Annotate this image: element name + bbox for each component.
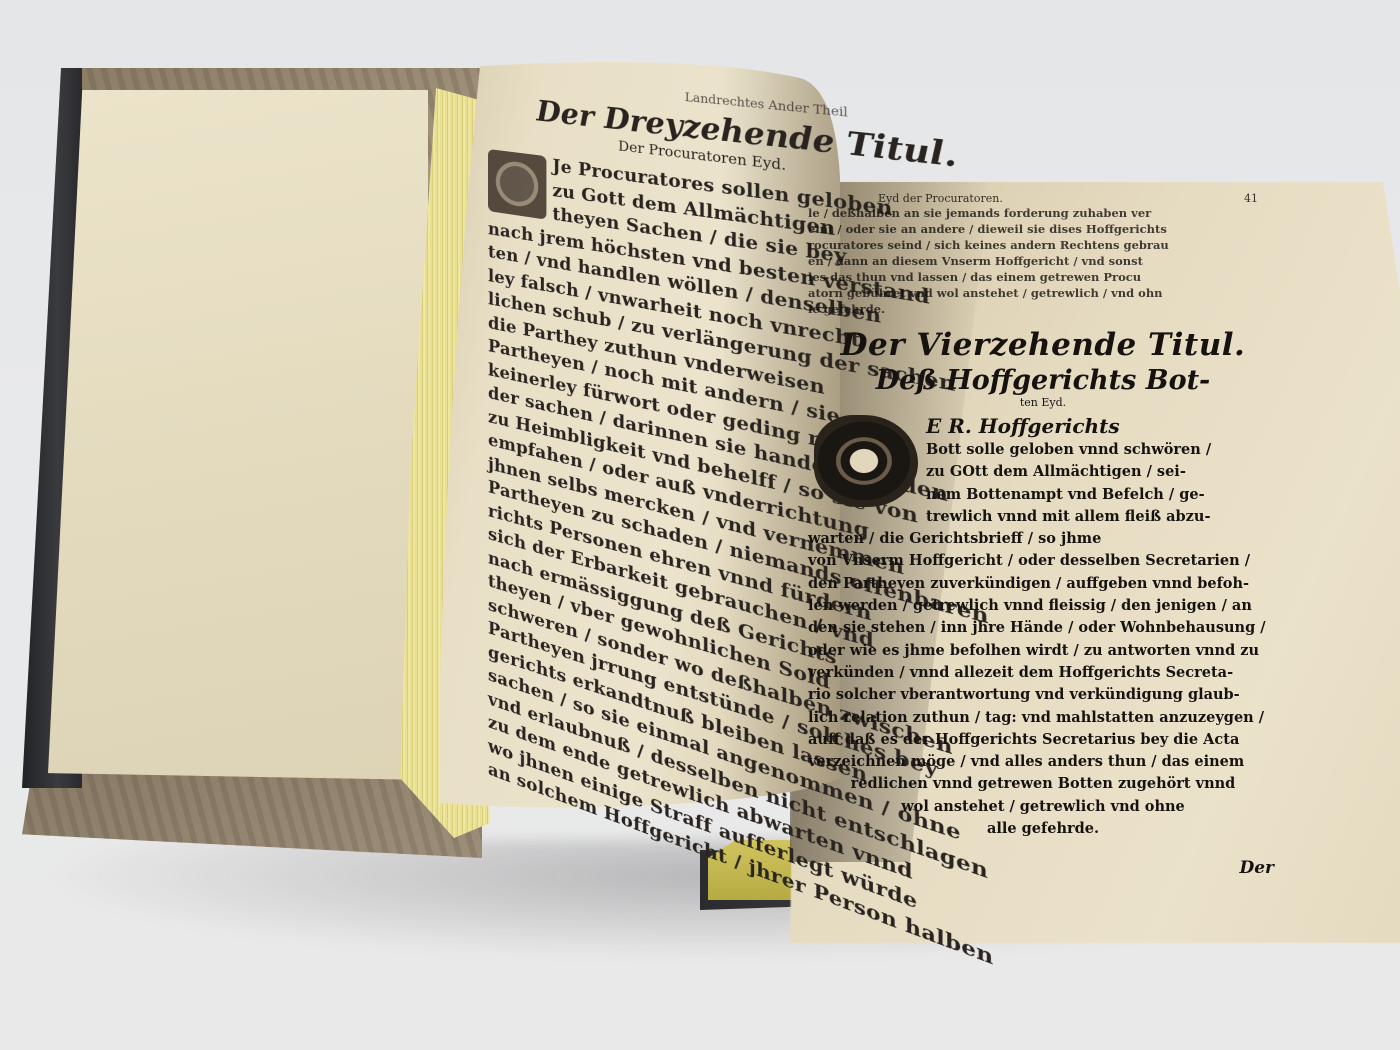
text-line: eint / oder sie an andere / dieweil sie … <box>808 221 1278 237</box>
decorated-initial-d <box>814 415 918 507</box>
text-line: le / deßhalben an sie jemands forderung … <box>808 205 1278 221</box>
catchword: Der <box>808 858 1278 878</box>
text-line: len werden / getrewlich vnnd fleissig / … <box>808 595 1278 617</box>
text-line: verzeichnen möge / vnd alles anders thun… <box>808 751 1278 773</box>
text-line: von Vnserm Hoffgericht / oder desselben … <box>808 550 1278 572</box>
decorated-initial-d <box>488 149 546 220</box>
text-line: atorn gebühret vnd wol anstehet / getrew… <box>808 285 1278 301</box>
text-line: lich relation zuthun / tag: vnd mahlstat… <box>808 707 1278 729</box>
right-page-subtitle: Deß Hoffgerichts Bot- <box>808 365 1278 396</box>
text-line: rio solcher vberantwortung vnd verkündig… <box>808 684 1278 706</box>
right-page-title: Der Vierzehende Titul. <box>808 327 1278 363</box>
running-head-title: Eyd der Procuratoren. <box>878 192 1003 205</box>
left-pastedown <box>48 90 428 780</box>
text-line: den Partheyen zuverkündigen / auffgeben … <box>808 573 1278 595</box>
left-page-text: Landrechtes Ander Theil Der Dreyzehende … <box>488 72 848 918</box>
text-line: le gefehrde. <box>808 301 1278 317</box>
text-line: warten / die Gerichtsbrieff / so jhme <box>808 528 1278 550</box>
text-line: alle gefehrde. <box>808 818 1278 840</box>
text-line: oder wie es jhme befolhen wirdt / zu ant… <box>808 640 1278 662</box>
text-line: en / dann an diesem Vnserm Hoffgericht /… <box>808 253 1278 269</box>
continuation-text: le / deßhalben an sie jemands forderung … <box>808 205 1278 317</box>
text-line: redlichen vnnd getrewen Botten zugehört … <box>808 773 1278 795</box>
text-line: verkünden / vnnd allezeit dem Hoffgerich… <box>808 662 1278 684</box>
right-page-subtitle-2: ten Eyd. <box>808 396 1278 409</box>
text-line: les das thun vnd lassen / das einem getr… <box>808 269 1278 285</box>
closing-text: redlichen vnnd getrewen Botten zugehört … <box>808 773 1278 840</box>
right-page-text: Eyd der Procuratoren. 41 le / deßhalben … <box>808 192 1278 878</box>
text-line: den sie stehen / inn jhre Hände / oder W… <box>808 617 1278 639</box>
book-photo-scene: Landrechtes Ander Theil Der Dreyzehende … <box>0 0 1400 1050</box>
text-line: wol anstehet / getrewlich vnd ohne <box>808 796 1278 818</box>
right-running-head: Eyd der Procuratoren. 41 <box>808 192 1278 205</box>
page-number: 41 <box>1244 192 1258 205</box>
text-line: rocuratores seind / sich keines andern R… <box>808 237 1278 253</box>
text-line: trewlich vnnd mit allem fleiß abzu- <box>808 506 1278 528</box>
text-line: auff daß es der Hoffgerichts Secretarius… <box>808 729 1278 751</box>
